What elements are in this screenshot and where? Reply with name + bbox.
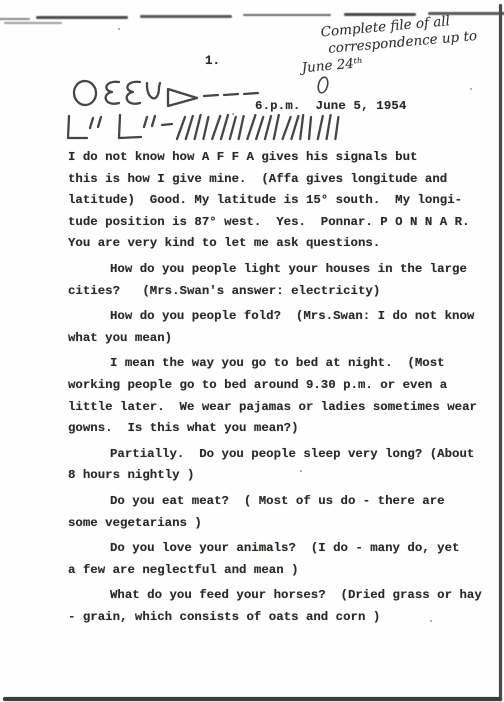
pen-stroke-mark bbox=[314, 74, 334, 96]
scan-artifact-streak bbox=[36, 16, 128, 19]
text-line: tude position is 87° west. Yes. Ponnar. … bbox=[68, 212, 478, 234]
paragraph: I do not know how A F F A gives his sign… bbox=[68, 147, 478, 255]
paragraph: How do you people fold? (Mrs.Swan: I do … bbox=[68, 306, 478, 349]
scan-border-right bbox=[499, 4, 502, 701]
symbol-u bbox=[147, 83, 160, 98]
body-paragraphs: I do not know how A F F A gives his sign… bbox=[68, 147, 478, 628]
scan-artifact-streak bbox=[140, 15, 232, 18]
symbol-slash bbox=[265, 116, 271, 139]
symbol-epsilon bbox=[106, 82, 119, 104]
symbol-l bbox=[119, 115, 141, 138]
text-line: cities? (Mrs.Swan's answer: electricity) bbox=[68, 281, 478, 303]
paragraph: What do you feed your horses? (Dried gra… bbox=[68, 585, 478, 628]
symbol-dash bbox=[244, 93, 258, 94]
text-line: gowns. Is this what you mean?) bbox=[68, 418, 478, 440]
scan-artifact-streak bbox=[4, 22, 62, 24]
scan-artifact-streak bbox=[0, 18, 30, 20]
symbol-slash bbox=[283, 117, 291, 139]
slash-strokes bbox=[177, 115, 338, 139]
hand-symbols-line1 bbox=[64, 74, 264, 114]
symbol-slash bbox=[221, 115, 228, 139]
hand-symbols-line2 bbox=[62, 111, 354, 145]
text-line: You are very kind to let me ask question… bbox=[68, 233, 478, 255]
symbol-slash bbox=[256, 117, 263, 139]
symbol-slash bbox=[291, 116, 298, 139]
symbol-slash bbox=[230, 117, 236, 139]
symbol-l bbox=[68, 116, 87, 138]
symbol-slash bbox=[203, 117, 208, 139]
text-line: - grain, which consists of oats and corn… bbox=[68, 607, 478, 629]
symbol-slash bbox=[318, 116, 323, 139]
paragraph: How do you people light your houses in t… bbox=[68, 259, 478, 302]
symbol-tick bbox=[152, 116, 155, 126]
symbol-slash bbox=[186, 116, 193, 139]
symbol-tick bbox=[144, 117, 147, 127]
text-line: latitude) Good. My latitude is 15° south… bbox=[68, 190, 478, 212]
text-line: Do you eat meat? ( Most of us do - there… bbox=[68, 491, 478, 513]
scan-artifact-streak bbox=[344, 13, 416, 16]
symbol-slash bbox=[239, 116, 244, 139]
paper-speck bbox=[118, 28, 120, 30]
symbol-dash bbox=[162, 124, 172, 125]
scanned-document-page: 1. Complete file of all correspondence u… bbox=[0, 0, 504, 702]
symbol-dash bbox=[224, 94, 238, 95]
symbol-slash bbox=[335, 117, 338, 139]
text-line: what you mean) bbox=[68, 328, 478, 350]
text-line: working people go to bed around 9.30 p.m… bbox=[68, 375, 478, 397]
paragraph: Do you eat meat? ( Most of us do - there… bbox=[68, 491, 478, 534]
symbol-slash bbox=[309, 117, 311, 139]
symbol-slash bbox=[274, 115, 279, 139]
text-line: I mean the way you go to bed at night. (… bbox=[68, 353, 478, 375]
scan-artifact-streak bbox=[243, 14, 331, 16]
symbol-o bbox=[73, 80, 97, 106]
symbol-slash bbox=[247, 115, 255, 139]
symbol-triangle bbox=[168, 89, 197, 106]
symbol-dash bbox=[204, 95, 218, 96]
text-line: I do not know how A F F A gives his sign… bbox=[68, 147, 478, 169]
paragraph: I mean the way you go to bed at night. (… bbox=[68, 353, 478, 439]
symbol-slash bbox=[212, 116, 220, 139]
text-line: a few are neglectful and mean ) bbox=[68, 560, 478, 582]
symbol-tick bbox=[90, 118, 93, 128]
text-line: Partially. Do you people sleep very long… bbox=[68, 444, 478, 466]
symbol-slash bbox=[327, 115, 331, 139]
symbol-epsilon bbox=[127, 82, 140, 104]
text-line: some vegetarians ) bbox=[68, 513, 478, 535]
handwritten-annotation: Complete file of all correspondence up t… bbox=[294, 9, 498, 77]
paragraph: Do you love your animals? (I do - many d… bbox=[68, 538, 478, 581]
scan-border-bottom bbox=[3, 697, 502, 701]
symbol-slash bbox=[195, 115, 201, 139]
text-line: How do you people fold? (Mrs.Swan: I do … bbox=[68, 306, 478, 328]
text-line: 8 hours nightly ) bbox=[68, 465, 478, 487]
symbol-tick bbox=[98, 117, 101, 127]
text-line: little later. We wear pajamas or ladies … bbox=[68, 397, 478, 419]
paragraph: Partially. Do you people sleep very long… bbox=[68, 444, 478, 487]
text-line: Do you love your animals? (I do - many d… bbox=[68, 538, 478, 560]
page-number: 1. bbox=[205, 54, 220, 68]
text-line: this is how I give mine. (Affa gives lon… bbox=[68, 169, 478, 191]
paper-speck bbox=[470, 88, 472, 90]
text-line: What do you feed your horses? (Dried gra… bbox=[68, 585, 478, 607]
symbol-slash bbox=[300, 115, 303, 139]
date-line: 6.p.m. June 5, 1954 bbox=[255, 99, 407, 113]
symbol-slash bbox=[177, 117, 185, 139]
text-line: How do you people light your houses in t… bbox=[68, 259, 478, 281]
